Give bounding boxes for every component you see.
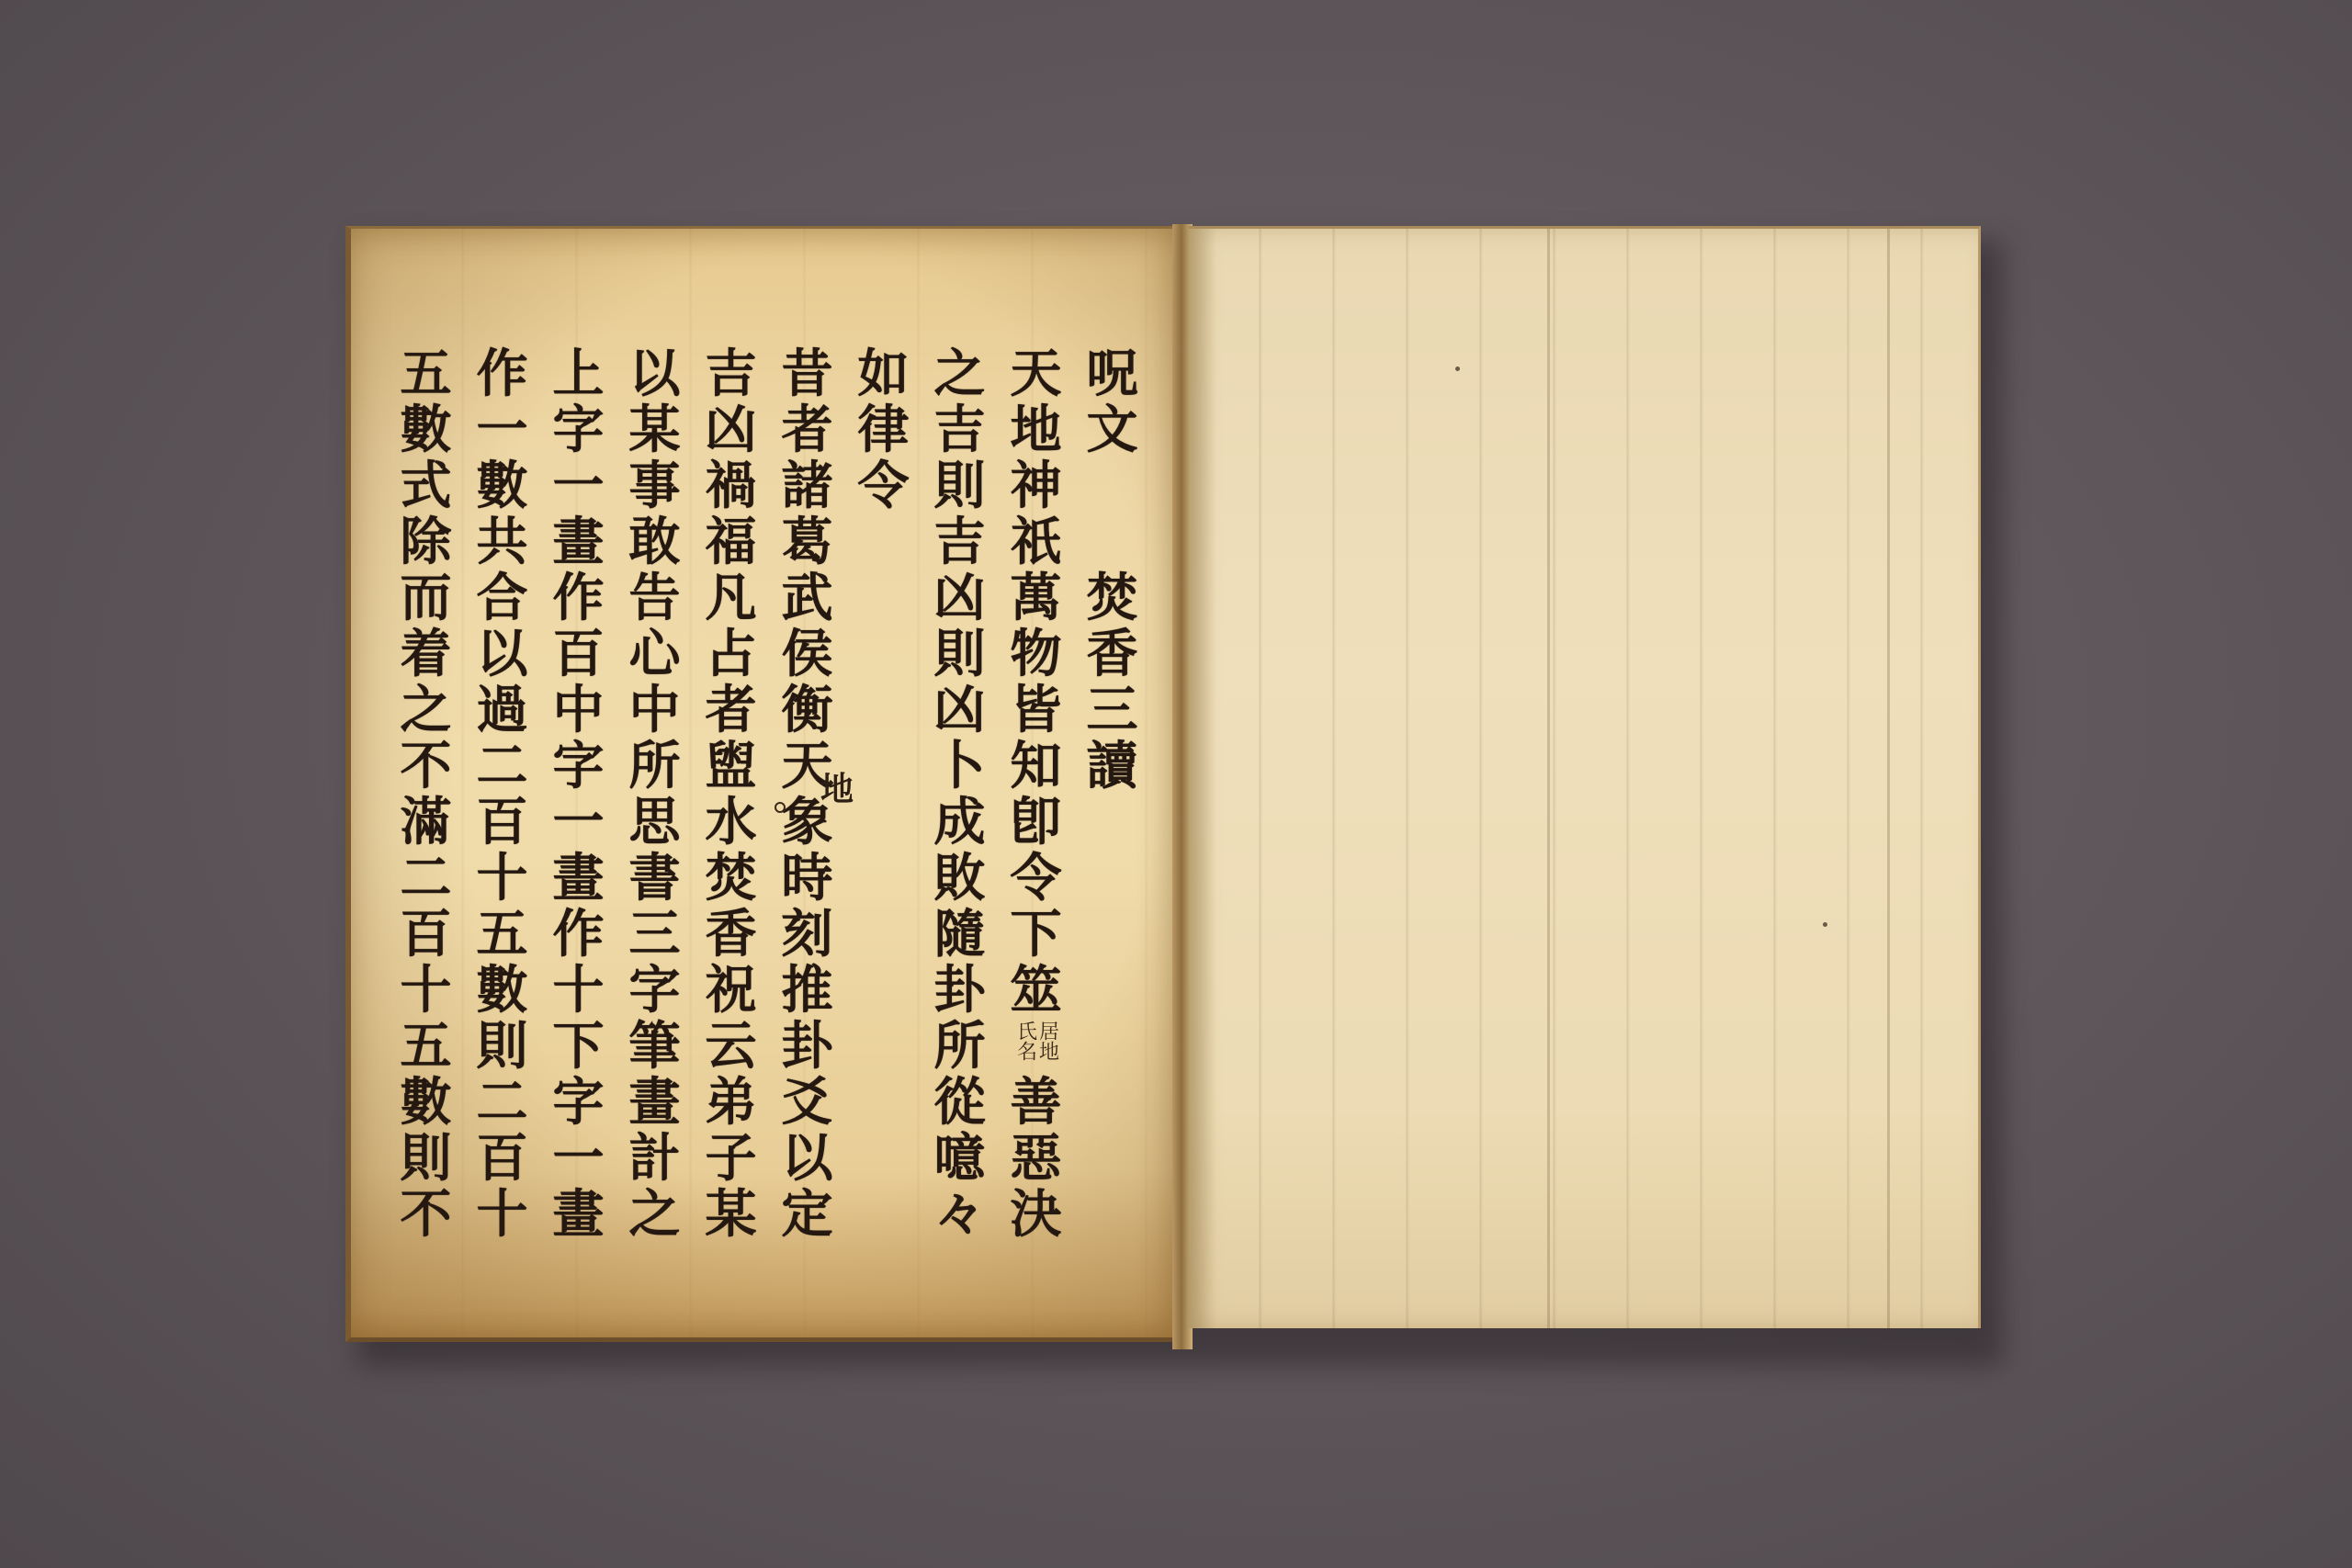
column-10: 五數式除而着之不滿二百十五數則不 bbox=[388, 348, 464, 1322]
glyph: 々 bbox=[934, 1189, 986, 1245]
column-2: 天地神祇萬物皆知卽令下筮 居地 氏名 善惡決 bbox=[998, 348, 1074, 1322]
glyph: 筆 bbox=[629, 1021, 681, 1077]
glyph: 神 bbox=[1011, 460, 1062, 516]
glyph: 三 bbox=[629, 908, 681, 964]
glyph: 讀 bbox=[1087, 740, 1138, 796]
glyph: 一 bbox=[553, 1133, 605, 1189]
glyph: 定 bbox=[782, 1189, 833, 1245]
glyph: 敢 bbox=[629, 516, 681, 572]
glyph: 則 bbox=[401, 1133, 452, 1189]
glyph: 作 bbox=[477, 348, 528, 404]
glyph: 弟 bbox=[706, 1077, 757, 1133]
glyph: 吉 bbox=[706, 348, 757, 404]
page-fold-shadow bbox=[1189, 229, 1216, 1328]
glyph: 某 bbox=[629, 404, 681, 460]
glyph: 百 bbox=[553, 628, 605, 684]
glyph: 水 bbox=[706, 796, 757, 852]
column-9: 作一數共合以過二百十五數則二百十 bbox=[464, 348, 540, 1322]
glyph: 則 bbox=[934, 460, 986, 516]
glyph: 從 bbox=[934, 1077, 986, 1133]
glyph: 禍 bbox=[706, 460, 757, 516]
glyph: 二 bbox=[477, 1077, 528, 1133]
glyph: 作 bbox=[553, 572, 605, 628]
glyph: 式 bbox=[401, 460, 452, 516]
glyph: 則 bbox=[477, 1021, 528, 1077]
glyph: 文 bbox=[1087, 404, 1138, 460]
glyph: 字 bbox=[553, 740, 605, 796]
text-columns: 呪文 焚香三讀 天地神祇萬物皆知卽令下筮 居地 氏名 善惡決 之吉則吉凶則凶卜成… bbox=[388, 348, 1150, 1322]
glyph: 卜 bbox=[934, 740, 986, 796]
open-book: 呪文 焚香三讀 天地神祇萬物皆知卽令下筮 居地 氏名 善惡決 之吉則吉凶則凶卜成… bbox=[345, 220, 1990, 1350]
column-8: 上字一畫作百中字一畫作十下字一畫 bbox=[540, 348, 616, 1322]
glyph: 下 bbox=[1011, 908, 1062, 964]
glyph: 推 bbox=[782, 964, 833, 1021]
glyph: 昔 bbox=[782, 348, 833, 404]
glyph: 字 bbox=[629, 964, 681, 1021]
glyph: 五 bbox=[401, 348, 452, 404]
glyph: 不 bbox=[401, 740, 452, 796]
glyph: 焚 bbox=[706, 852, 757, 908]
glyph: 卦 bbox=[782, 1021, 833, 1077]
glyph: 成 bbox=[934, 796, 986, 852]
glyph: 祝 bbox=[706, 964, 757, 1021]
glyph: 以 bbox=[477, 628, 528, 684]
left-page: 呪文 焚香三讀 天地神祇萬物皆知卽令下筮 居地 氏名 善惡決 之吉則吉凶則凶卜成… bbox=[345, 226, 1182, 1342]
glyph: 盥 bbox=[706, 740, 757, 796]
ink-speck bbox=[1455, 367, 1460, 371]
column-3: 之吉則吉凶則凶卜成敗隨卦所從噫々 bbox=[922, 348, 998, 1322]
glyph: 敗 bbox=[934, 852, 986, 908]
column-6: 吉凶禍福凡占者盥水焚香祝云弟子某 bbox=[693, 348, 769, 1322]
glyph: 五 bbox=[477, 908, 528, 964]
glyph: 之 bbox=[401, 684, 452, 740]
glyph: 數 bbox=[477, 460, 528, 516]
glyph: 數 bbox=[477, 964, 528, 1021]
glyph: 凶 bbox=[934, 572, 986, 628]
glyph: 書 bbox=[629, 852, 681, 908]
glyph: 字 bbox=[553, 404, 605, 460]
glyph: 占 bbox=[706, 628, 757, 684]
glyph: 吉 bbox=[934, 516, 986, 572]
glyph: 噫 bbox=[934, 1133, 986, 1189]
glyph: 計 bbox=[629, 1133, 681, 1189]
glyph: 告 bbox=[629, 572, 681, 628]
column-7: 以某事敢告心中所思書三字筆畫計之 bbox=[616, 348, 693, 1322]
glyph: 香 bbox=[1087, 628, 1138, 684]
insertion-mark-icon bbox=[775, 802, 786, 813]
glyph: 凶 bbox=[706, 404, 757, 460]
glyph: 所 bbox=[629, 740, 681, 796]
glyph: 子 bbox=[706, 1133, 757, 1189]
glyph: 福 bbox=[706, 516, 757, 572]
glyph: 上 bbox=[553, 348, 605, 404]
glyph: 卦 bbox=[934, 964, 986, 1021]
glyph: 時 bbox=[782, 852, 833, 908]
glyph: 之 bbox=[629, 1189, 681, 1245]
glyph: 而 bbox=[401, 572, 452, 628]
glyph: 葛 bbox=[782, 516, 833, 572]
glyph: 地 bbox=[1011, 404, 1062, 460]
glyph: 武 bbox=[782, 572, 833, 628]
glyph: 呪 bbox=[1087, 348, 1138, 404]
glyph: 中 bbox=[553, 684, 605, 740]
glyph: 凶 bbox=[934, 684, 986, 740]
glyph: 百 bbox=[477, 796, 528, 852]
glyph: 字 bbox=[553, 1077, 605, 1133]
glyph: 數 bbox=[401, 1077, 452, 1133]
glyph: 之 bbox=[934, 348, 986, 404]
glyph: 除 bbox=[401, 516, 452, 572]
glyph: 十 bbox=[477, 1189, 528, 1245]
glyph: 善 bbox=[1011, 1077, 1062, 1133]
glyph: 令 bbox=[858, 460, 910, 516]
glyph: 以 bbox=[782, 1133, 833, 1189]
glyph: 十 bbox=[477, 852, 528, 908]
glyph: 二 bbox=[477, 740, 528, 796]
glyph: 則 bbox=[934, 628, 986, 684]
glyph: 如 bbox=[858, 348, 910, 404]
glyph: 畫 bbox=[553, 1189, 605, 1245]
glyph: 天 bbox=[1011, 348, 1062, 404]
glyph: 凡 bbox=[706, 572, 757, 628]
glyph: 百 bbox=[401, 908, 452, 964]
right-page-blank bbox=[1189, 226, 1981, 1328]
column-1: 呪文 焚香三讀 bbox=[1074, 348, 1150, 1322]
glyph: 云 bbox=[706, 1021, 757, 1077]
glyph: 十 bbox=[553, 964, 605, 1021]
column-4: 如律令 bbox=[845, 348, 922, 1322]
glyph: 一 bbox=[553, 460, 605, 516]
glyph: 以 bbox=[629, 348, 681, 404]
glyph: 作 bbox=[553, 908, 605, 964]
glyph: 祇 bbox=[1011, 516, 1062, 572]
glyph: 合 bbox=[477, 572, 528, 628]
glyph: 畫 bbox=[553, 516, 605, 572]
glyph: 百 bbox=[477, 1133, 528, 1189]
glyph: 三 bbox=[1087, 684, 1138, 740]
glyph: 者 bbox=[706, 684, 757, 740]
glyph: 香 bbox=[706, 908, 757, 964]
glyph: 不 bbox=[401, 1189, 452, 1245]
glyph: 決 bbox=[1011, 1189, 1062, 1245]
glyph: 十 bbox=[401, 964, 452, 1021]
glyph: 事 bbox=[629, 460, 681, 516]
glyph: 過 bbox=[477, 684, 528, 740]
glyph: 一 bbox=[477, 404, 528, 460]
page-crease bbox=[1547, 229, 1550, 1328]
glyph: 中 bbox=[629, 684, 681, 740]
interlinear-insertion: 地 bbox=[820, 773, 854, 806]
glyph: 吉 bbox=[934, 404, 986, 460]
glyph: 一 bbox=[553, 796, 605, 852]
glyph: 卽 bbox=[1011, 796, 1062, 852]
glyph: 令 bbox=[1011, 852, 1062, 908]
glyph: 心 bbox=[629, 628, 681, 684]
glyph: 滿 bbox=[401, 796, 452, 852]
glyph: 某 bbox=[706, 1189, 757, 1245]
glyph: 思 bbox=[629, 796, 681, 852]
glyph: 五 bbox=[401, 1021, 452, 1077]
glyph: 數 bbox=[401, 404, 452, 460]
glyph: 爻 bbox=[782, 1077, 833, 1133]
glyph: 共 bbox=[477, 516, 528, 572]
glyph: 筮 bbox=[1011, 964, 1062, 1021]
glyph: 刻 bbox=[782, 908, 833, 964]
annotation-note: 居地 氏名 bbox=[1015, 1021, 1057, 1077]
glyph: 畫 bbox=[629, 1077, 681, 1133]
glyph: 所 bbox=[934, 1021, 986, 1077]
glyph: 物 bbox=[1011, 628, 1062, 684]
glyph: 萬 bbox=[1011, 572, 1062, 628]
glyph: 知 bbox=[1011, 740, 1062, 796]
glyph: 律 bbox=[858, 404, 910, 460]
page-crease bbox=[1887, 229, 1890, 1328]
glyph: 者 bbox=[782, 404, 833, 460]
glyph: 衡 bbox=[782, 684, 833, 740]
glyph: 焚 bbox=[1087, 572, 1138, 628]
glyph: 下 bbox=[553, 1021, 605, 1077]
glyph: 畫 bbox=[553, 852, 605, 908]
glyph: 二 bbox=[401, 852, 452, 908]
glyph: 着 bbox=[401, 628, 452, 684]
glyph: 諸 bbox=[782, 460, 833, 516]
column-5: 昔者諸葛武侯衡天象時刻推卦爻以定 地 bbox=[769, 348, 845, 1322]
ink-speck bbox=[1823, 922, 1827, 927]
glyph: 隨 bbox=[934, 908, 986, 964]
glyph: 侯 bbox=[782, 628, 833, 684]
glyph: 惡 bbox=[1011, 1133, 1062, 1189]
glyph: 皆 bbox=[1011, 684, 1062, 740]
